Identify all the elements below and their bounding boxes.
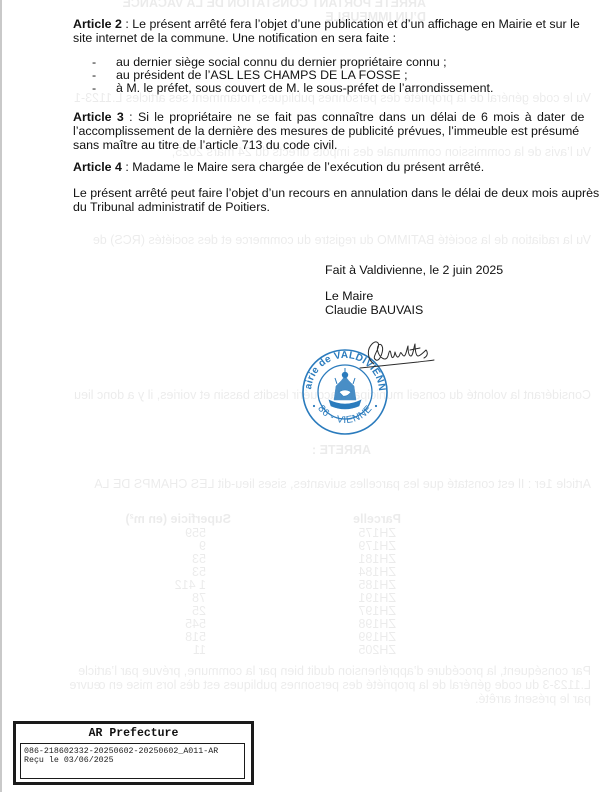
document-page: Article 2 : Le présent arrêté fera l’obj… — [0, 0, 601, 792]
article-3-line-2: l’accomplissement de la dernière des mes… — [73, 124, 579, 138]
bullet-item: à M. le préfet, sous couvert de M. le so… — [116, 82, 493, 95]
ar-received-date: Reçu le 03/06/2025 — [24, 756, 114, 765]
article-2-line-2: site internet de la commune. Une notific… — [73, 31, 396, 45]
ar-prefecture-details: 086-218602332-20250602-20250602_A011-AR … — [20, 743, 245, 779]
ar-reference: 086-218602332-20250602-20250602_A011-AR — [24, 747, 218, 756]
ar-prefecture-title: AR Prefecture — [16, 727, 251, 740]
signature — [358, 336, 438, 372]
ar-prefecture-box: AR Prefecture 086-218602332-20250602-202… — [13, 721, 254, 785]
signatory-name: Claudie BAUVAIS — [325, 303, 423, 317]
municipal-seal-icon — [329, 368, 361, 409]
article-3-line-3: sans maître au titre de l’article 713 du… — [73, 138, 337, 152]
recourse-line-1: Le présent arrêté peut faire l’objet d’u… — [73, 186, 599, 200]
article-4-line: Article 4 : Madame le Maire sera chargée… — [73, 160, 484, 174]
place-date: Fait à Valdivienne, le 2 juin 2025 — [325, 263, 503, 277]
article-2-line-1: Article 2 : Le présent arrêté fera l’obj… — [73, 17, 580, 31]
article-3-label: Article 3 — [73, 110, 124, 124]
article-3-line-1: Article 3 : Si le propriétaire ne se fai… — [73, 110, 541, 124]
article-4-label: Article 4 — [73, 160, 122, 174]
article-2-label: Article 2 — [73, 17, 122, 31]
bullet-marker: - — [92, 82, 96, 95]
recourse-line-2: du Tribunal administratif de Poitiers. — [73, 200, 270, 214]
signatory-title: Le Maire — [325, 289, 373, 303]
